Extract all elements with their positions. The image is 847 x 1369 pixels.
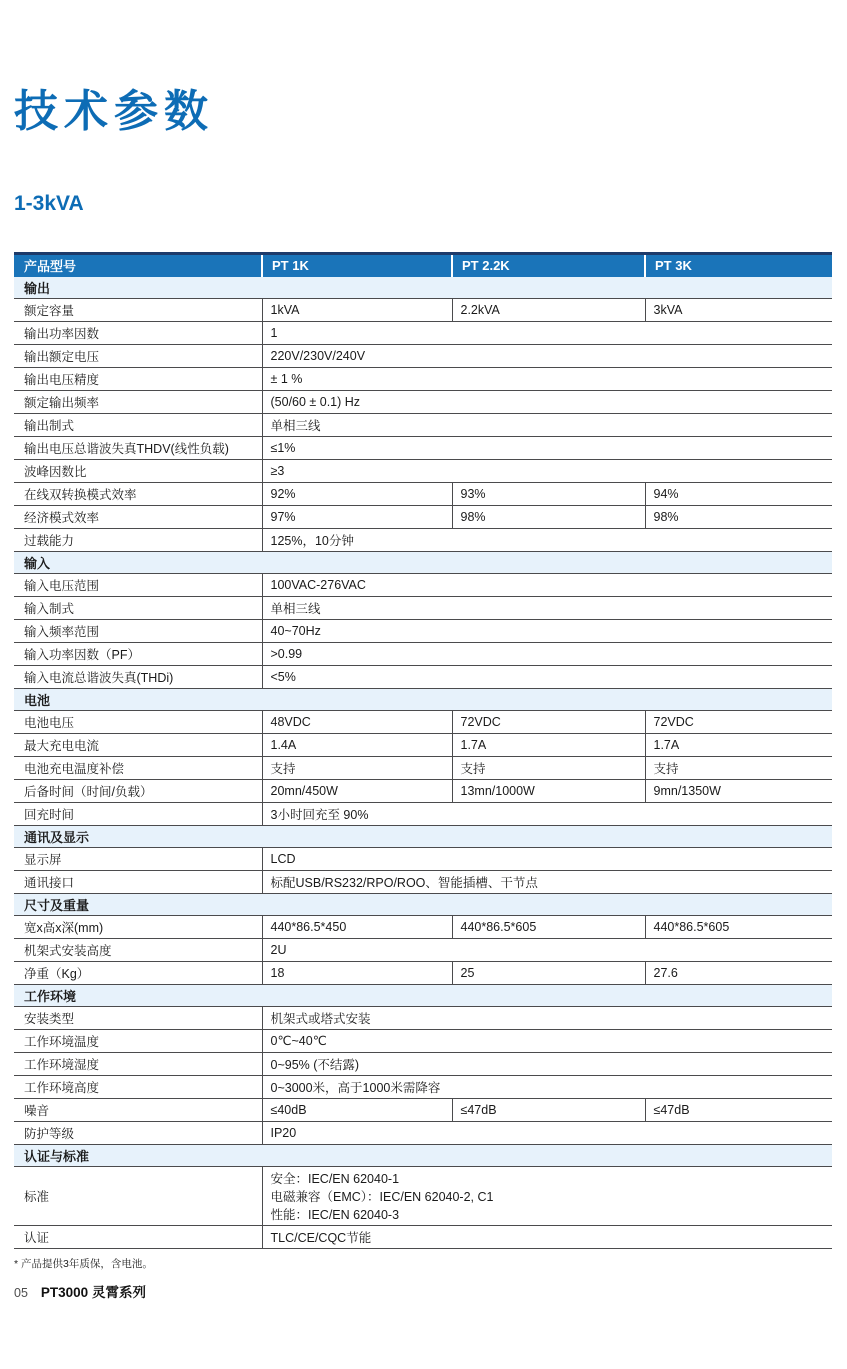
spec-value: 440*86.5*450 xyxy=(262,915,452,938)
spec-value: 9mn/1350W xyxy=(645,779,832,802)
spec-value: 机架式或塔式安装 xyxy=(262,1006,832,1029)
spec-label: 输入电流总谐波失真(THDi) xyxy=(14,665,262,688)
spec-label: 防护等级 xyxy=(14,1121,262,1144)
spec-value: ≤40dB xyxy=(262,1098,452,1121)
spec-value: 440*86.5*605 xyxy=(645,915,832,938)
spec-value: >0.99 xyxy=(262,642,832,665)
spec-value: 1.7A xyxy=(452,733,645,756)
spec-value: 93% xyxy=(452,482,645,505)
spec-label: 输出额定电压 xyxy=(14,344,262,367)
spec-value: ≤1% xyxy=(262,436,832,459)
spec-value: 125%，10分钟 xyxy=(262,528,832,551)
section-title: 电池 xyxy=(14,688,832,710)
spec-label: 波峰因数比 xyxy=(14,459,262,482)
section-row: 认证与标准 xyxy=(14,1144,832,1166)
spec-row: 输入电流总谐波失真(THDi)<5% xyxy=(14,665,832,688)
spec-row: 安装类型机架式或塔式安装 xyxy=(14,1006,832,1029)
spec-value: 440*86.5*605 xyxy=(452,915,645,938)
section-title: 认证与标准 xyxy=(14,1144,832,1166)
spec-row: 最大充电电流1.4A1.7A1.7A xyxy=(14,733,832,756)
page-title: 技术参数 xyxy=(14,0,832,136)
spec-value: <5% xyxy=(262,665,832,688)
spec-row: 工作环境高度0~3000米，高于1000米需降容 xyxy=(14,1075,832,1098)
spec-label: 机架式安装高度 xyxy=(14,938,262,961)
spec-value: ± 1 % xyxy=(262,367,832,390)
spec-value: 3kVA xyxy=(645,298,832,321)
spec-value: 25 xyxy=(452,961,645,984)
spec-label: 输入电压范围 xyxy=(14,573,262,596)
spec-value: 支持 xyxy=(452,756,645,779)
spec-value: 2.2kVA xyxy=(452,298,645,321)
section-title: 输出 xyxy=(14,277,832,299)
spec-label: 工作环境温度 xyxy=(14,1029,262,1052)
spec-value: 72VDC xyxy=(452,710,645,733)
spec-row: 回充时间3小时回充至 90% xyxy=(14,802,832,825)
spec-table-body: 输出额定容量1kVA2.2kVA3kVA输出功率因数1输出额定电压220V/23… xyxy=(14,277,832,1249)
spec-label: 电池充电温度补偿 xyxy=(14,756,262,779)
spec-value: 94% xyxy=(645,482,832,505)
spec-row: 在线双转换模式效率92%93%94% xyxy=(14,482,832,505)
page-footer: 05 PT3000 灵霄系列 xyxy=(14,1281,146,1301)
spec-label: 安装类型 xyxy=(14,1006,262,1029)
spec-label: 输出电压精度 xyxy=(14,367,262,390)
section-row: 输出 xyxy=(14,277,832,299)
section-title: 尺寸及重量 xyxy=(14,893,832,915)
spec-value: 支持 xyxy=(262,756,452,779)
section-row: 电池 xyxy=(14,688,832,710)
spec-row: 额定容量1kVA2.2kVA3kVA xyxy=(14,298,832,321)
page-number: 05 xyxy=(14,1286,28,1300)
spec-value: 1.4A xyxy=(262,733,452,756)
spec-row: 工作环境温度0℃~40℃ xyxy=(14,1029,832,1052)
spec-label: 宽x高x深(mm) xyxy=(14,915,262,938)
spec-value: 安全：IEC/EN 62040-1 电磁兼容（EMC）：IEC/EN 62040… xyxy=(262,1166,832,1225)
spec-row: 电池充电温度补偿支持支持支持 xyxy=(14,756,832,779)
spec-value: 20mn/450W xyxy=(262,779,452,802)
column-header-pt1k: PT 1K xyxy=(262,254,452,277)
spec-row: 输入功率因数（PF）>0.99 xyxy=(14,642,832,665)
spec-value: 98% xyxy=(645,505,832,528)
spec-value: 单相三线 xyxy=(262,596,832,619)
spec-label: 过载能力 xyxy=(14,528,262,551)
spec-value: 1.7A xyxy=(645,733,832,756)
spec-row: 标准安全：IEC/EN 62040-1 电磁兼容（EMC）：IEC/EN 620… xyxy=(14,1166,832,1225)
spec-label: 标准 xyxy=(14,1166,262,1225)
spec-label: 显示屏 xyxy=(14,847,262,870)
spec-value: 0~3000米，高于1000米需降容 xyxy=(262,1075,832,1098)
spec-value: LCD xyxy=(262,847,832,870)
spec-value: (50/60 ± 0.1) Hz xyxy=(262,390,832,413)
spec-row: 认证TLC/CE/CQC节能 xyxy=(14,1225,832,1248)
spec-row: 输出额定电压220V/230V/240V xyxy=(14,344,832,367)
spec-value: 92% xyxy=(262,482,452,505)
section-title: 通讯及显示 xyxy=(14,825,832,847)
spec-value: 98% xyxy=(452,505,645,528)
spec-row: 电池电压48VDC72VDC72VDC xyxy=(14,710,832,733)
spec-row: 输入频率范围40~70Hz xyxy=(14,619,832,642)
spec-label: 后备时间（时间/负载） xyxy=(14,779,262,802)
spec-label: 额定容量 xyxy=(14,298,262,321)
section-row: 工作环境 xyxy=(14,984,832,1006)
spec-row: 输出电压总谐波失真THDV(线性负载)≤1% xyxy=(14,436,832,459)
spec-label: 噪音 xyxy=(14,1098,262,1121)
spec-label: 工作环境高度 xyxy=(14,1075,262,1098)
column-header-pt3k: PT 3K xyxy=(645,254,832,277)
spec-value: 48VDC xyxy=(262,710,452,733)
spec-label: 输入功率因数（PF） xyxy=(14,642,262,665)
column-header-pt2.2k: PT 2.2K xyxy=(452,254,645,277)
spec-label: 额定输出频率 xyxy=(14,390,262,413)
spec-row: 后备时间（时间/负载）20mn/450W13mn/1000W9mn/1350W xyxy=(14,779,832,802)
spec-value: 标配USB/RS232/RPO/ROO、智能插槽、干节点 xyxy=(262,870,832,893)
spec-value: 97% xyxy=(262,505,452,528)
section-title: 工作环境 xyxy=(14,984,832,1006)
spec-value: 18 xyxy=(262,961,452,984)
spec-value: 220V/230V/240V xyxy=(262,344,832,367)
spec-value: ≥3 xyxy=(262,459,832,482)
spec-value: 1 xyxy=(262,321,832,344)
spec-row: 经济模式效率97%98%98% xyxy=(14,505,832,528)
spec-label: 通讯接口 xyxy=(14,870,262,893)
spec-row: 机架式安装高度2U xyxy=(14,938,832,961)
spec-value: 0℃~40℃ xyxy=(262,1029,832,1052)
spec-value: 27.6 xyxy=(645,961,832,984)
spec-row: 工作环境湿度0~95% (不结露) xyxy=(14,1052,832,1075)
spec-value: 72VDC xyxy=(645,710,832,733)
spec-value: 100VAC-276VAC xyxy=(262,573,832,596)
spec-value: 3小时回充至 90% xyxy=(262,802,832,825)
spec-label: 输入制式 xyxy=(14,596,262,619)
spec-row: 输入制式单相三线 xyxy=(14,596,832,619)
table-header-row: 产品型号 PT 1K PT 2.2K PT 3K xyxy=(14,254,832,277)
spec-value: TLC/CE/CQC节能 xyxy=(262,1225,832,1248)
spec-row: 净重（Kg）182527.6 xyxy=(14,961,832,984)
spec-row: 通讯接口标配USB/RS232/RPO/ROO、智能插槽、干节点 xyxy=(14,870,832,893)
spec-table: 产品型号 PT 1K PT 2.2K PT 3K 输出额定容量1kVA2.2kV… xyxy=(14,252,832,1249)
capacity-range-subtitle: 1-3kVA xyxy=(14,192,832,216)
spec-row: 过载能力125%，10分钟 xyxy=(14,528,832,551)
spec-row: 输出功率因数1 xyxy=(14,321,832,344)
page: 技术参数 1-3kVA 产品型号 PT 1K PT 2.2K PT 3K 输出额… xyxy=(0,0,847,1271)
section-title: 输入 xyxy=(14,551,832,573)
spec-row: 宽x高x深(mm)440*86.5*450440*86.5*605440*86.… xyxy=(14,915,832,938)
spec-value: 40~70Hz xyxy=(262,619,832,642)
spec-value: 支持 xyxy=(645,756,832,779)
series-name: PT3000 灵霄系列 xyxy=(41,1281,146,1301)
spec-row: 噪音≤40dB≤47dB≤47dB xyxy=(14,1098,832,1121)
spec-label: 输出功率因数 xyxy=(14,321,262,344)
spec-row: 额定输出频率(50/60 ± 0.1) Hz xyxy=(14,390,832,413)
spec-row: 输出电压精度± 1 % xyxy=(14,367,832,390)
spec-label: 经济模式效率 xyxy=(14,505,262,528)
spec-label: 回充时间 xyxy=(14,802,262,825)
warranty-footnote: * 产品提供3年质保，含电池。 xyxy=(14,1256,832,1271)
spec-label: 工作环境湿度 xyxy=(14,1052,262,1075)
spec-value: 0~95% (不结露) xyxy=(262,1052,832,1075)
column-header-product-model: 产品型号 xyxy=(14,254,262,277)
spec-label: 输出制式 xyxy=(14,413,262,436)
spec-value: 1kVA xyxy=(262,298,452,321)
spec-value: 单相三线 xyxy=(262,413,832,436)
spec-value: ≤47dB xyxy=(645,1098,832,1121)
section-row: 输入 xyxy=(14,551,832,573)
spec-label: 在线双转换模式效率 xyxy=(14,482,262,505)
spec-value: 13mn/1000W xyxy=(452,779,645,802)
spec-label: 认证 xyxy=(14,1225,262,1248)
section-row: 通讯及显示 xyxy=(14,825,832,847)
spec-label: 输出电压总谐波失真THDV(线性负载) xyxy=(14,436,262,459)
spec-row: 输出制式单相三线 xyxy=(14,413,832,436)
spec-row: 显示屏LCD xyxy=(14,847,832,870)
spec-label: 输入频率范围 xyxy=(14,619,262,642)
spec-label: 最大充电电流 xyxy=(14,733,262,756)
spec-row: 防护等级IP20 xyxy=(14,1121,832,1144)
spec-row: 波峰因数比≥3 xyxy=(14,459,832,482)
section-row: 尺寸及重量 xyxy=(14,893,832,915)
spec-value: IP20 xyxy=(262,1121,832,1144)
spec-value: ≤47dB xyxy=(452,1098,645,1121)
spec-label: 净重（Kg） xyxy=(14,961,262,984)
spec-label: 电池电压 xyxy=(14,710,262,733)
spec-value: 2U xyxy=(262,938,832,961)
spec-row: 输入电压范围100VAC-276VAC xyxy=(14,573,832,596)
